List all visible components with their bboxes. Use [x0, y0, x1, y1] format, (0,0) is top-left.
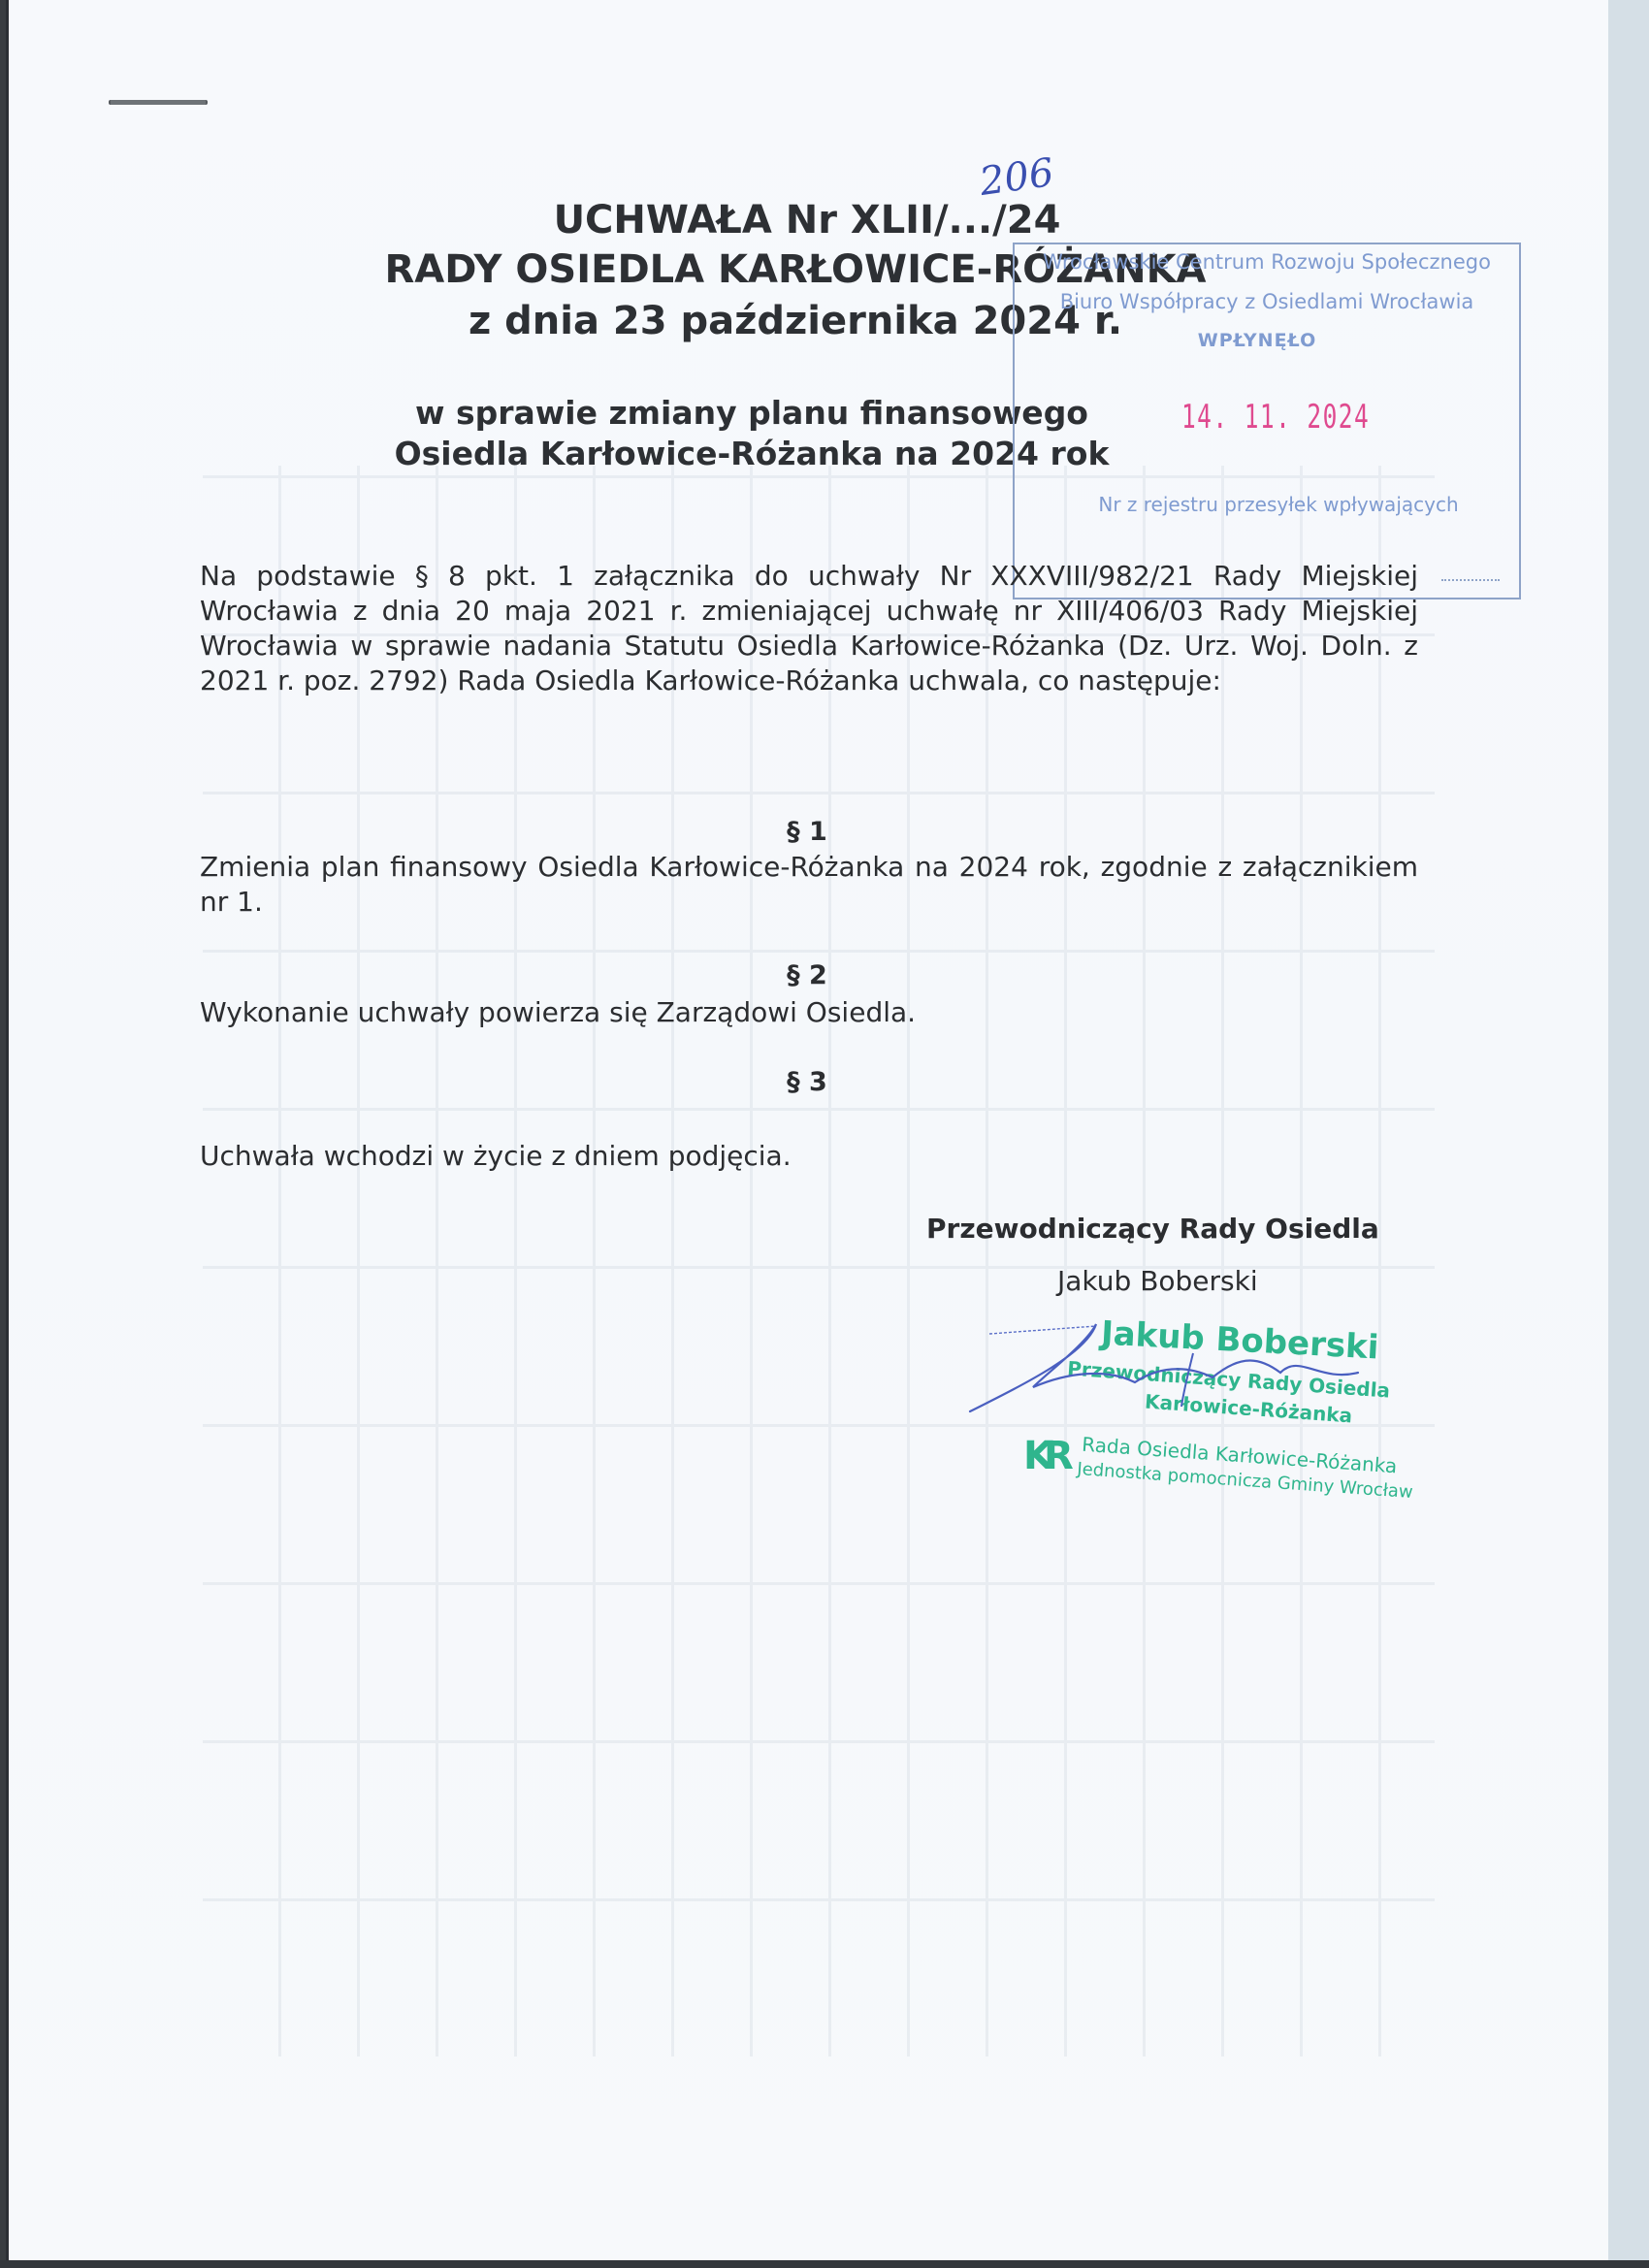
signatory-name: Jakub Boberski: [1057, 1265, 1258, 1297]
council-logo-icon: KR: [1023, 1434, 1064, 1478]
staple-icon: [109, 100, 208, 105]
preamble: Na podstawie § 8 pkt. 1 załącznika do uc…: [200, 559, 1418, 698]
section-2-text: Wykonanie uchwały powierza się Zarządowi…: [200, 995, 1418, 1030]
stamp-organization: Wrocławskie Centrum Rozwoju Społecznego: [1015, 250, 1519, 274]
stamp-register-field: [1441, 579, 1500, 581]
section-3-text: Uchwała wchodzi w życie z dniem podjęcia…: [200, 1139, 1418, 1174]
section-1-text: Zmienia plan finansowy Osiedla Karłowice…: [200, 850, 1418, 920]
handwritten-signature: [951, 1314, 1368, 1421]
stamp-department: Biuro Współpracy z Osiedlami Wrocławia: [1015, 290, 1519, 313]
bleed-through-table: [203, 466, 1435, 2057]
resolution-number: UCHWAŁA Nr XLII/.../24: [0, 201, 1632, 240]
stamp-register-label: Nr z rejestru przesyłek wpływających: [1026, 493, 1531, 516]
section-3-heading: § 3: [0, 1067, 1632, 1097]
stamp-received-label: WPŁYNĘŁO: [1005, 330, 1509, 351]
signatory-role: Przewodniczący Rady Osiedla: [926, 1213, 1379, 1245]
scan-edge-bottom: [0, 2260, 1649, 2268]
inbox-received-stamp: Wrocławskie Centrum Rozwoju Społecznego …: [1013, 243, 1521, 599]
section-1-heading: § 1: [0, 817, 1632, 847]
section-2-heading: § 2: [0, 960, 1632, 990]
stamp-received-date: 14. 11. 2024: [1181, 398, 1370, 437]
